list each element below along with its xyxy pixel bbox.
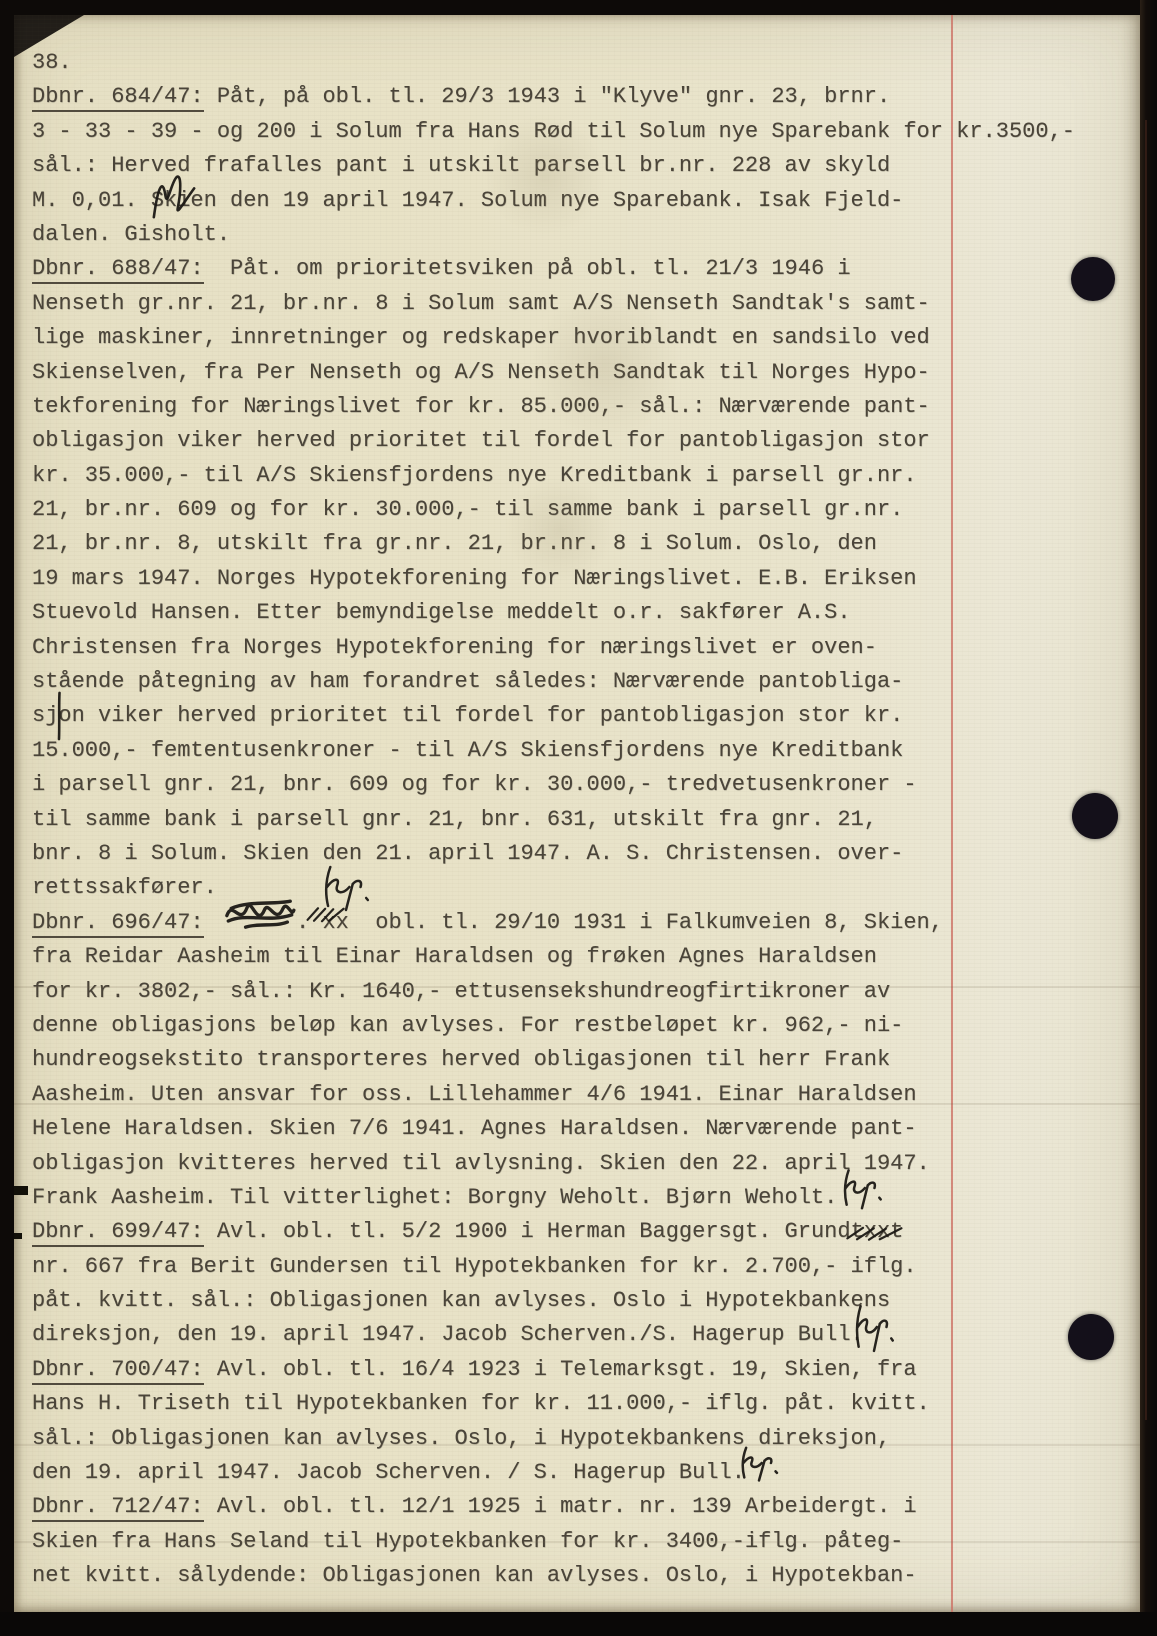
line-text: den 19. april 1947. Jacob Scherven. / S.… (32, 1460, 745, 1485)
text-line: den 19. april 1947. Jacob Scherven. / S.… (32, 1456, 1075, 1490)
text-line: bnr. 8 i Solum. Skien den 21. april 1947… (32, 837, 1075, 871)
line-text: Hans H. Triseth til Hypotekbanken for kr… (32, 1391, 930, 1416)
edge-mark (14, 1233, 22, 1239)
text-line: 19 mars 1947. Norges Hypotekforening for… (32, 562, 1075, 596)
text-line: lige maskiner, innretninger og redskaper… (32, 321, 1075, 355)
line-text: sjon viker herved prioritet til fordel f… (32, 703, 903, 728)
text-line: obligasjon kvitteres herved til avlysnin… (32, 1147, 1075, 1181)
text-line: Christensen fra Norges Hypotekforening f… (32, 631, 1075, 665)
line-text: 15.000,- femtentusenkroner - til A/S Ski… (32, 738, 903, 763)
line-text: Avl. obl. tl. 16/4 1923 i Telemarksgt. 1… (204, 1357, 917, 1382)
line-text: stående påtegning av ham forandret såled… (32, 669, 903, 694)
text-line: fra Reidar Aasheim til Einar Haraldsen o… (32, 940, 1075, 974)
entry-number: Dbnr. 700/47: (32, 1357, 204, 1385)
handwritten-mark-strikeout-grundtaxt (845, 1223, 905, 1245)
text-line: stående påtegning av ham forandret såled… (32, 665, 1075, 699)
line-text: tekforening for Næringslivet for kr. 85.… (32, 394, 930, 419)
line-text: Aasheim. Uten ansvar for oss. Lillehamme… (32, 1082, 917, 1107)
line-text: Skienselven, fra Per Nenseth og A/S Nens… (32, 360, 930, 385)
text-line: til samme bank i parsell gnr. 21, bnr. 6… (32, 803, 1075, 837)
text-line: i parsell gnr. 21, bnr. 609 og for kr. 3… (32, 768, 1075, 802)
entry-number: Dbnr. 699/47: (32, 1219, 204, 1247)
text-line: nr. 667 fra Berit Gundersen til Hypotekb… (32, 1250, 1075, 1284)
line-text: Christensen fra Norges Hypotekforening f… (32, 635, 877, 660)
line-text: Avl. obl. tl. 5/2 1900 i Herman Baggersg… (204, 1219, 904, 1244)
text-line: 21, br.nr. 8, utskilt fra gr.nr. 21, br.… (32, 527, 1075, 561)
entry-number: Dbnr. 696/47: (32, 910, 204, 938)
line-text: fra Reidar Aasheim til Einar Haraldsen o… (32, 944, 877, 969)
line-text: 38. (32, 50, 72, 75)
text-line: 3 - 33 - 39 - og 200 i Solum fra Hans Rø… (32, 115, 1075, 149)
line-text: rettssakfører. (32, 875, 217, 900)
line-text: Stuevold Hansen. Etter bemyndigelse medd… (32, 600, 851, 625)
line-text: direksjon, den 19. april 1947. Jacob Sch… (32, 1322, 864, 1347)
text-line: for kr. 3802,- sål.: Kr. 1640,- ettusens… (32, 975, 1075, 1009)
handwritten-mark-handwritten-word-over-typed (224, 894, 296, 930)
line-text: Nenseth gr.nr. 21, br.nr. 8 i Solum samt… (32, 291, 930, 316)
text-line: rettssakfører. (32, 871, 1075, 905)
text-line: 21, br.nr. 609 og for kr. 30.000,- til s… (32, 493, 1075, 527)
line-text: obligasjon viker herved prioritet til fo… (32, 428, 930, 453)
entry-line: Dbnr. 700/47: Avl. obl. tl. 16/4 1923 i … (32, 1353, 1075, 1387)
text-line: Hans H. Triseth til Hypotekbanken for kr… (32, 1387, 1075, 1421)
punch-hole (1068, 1314, 1114, 1360)
line-text: kr. 35.000,- til A/S Skiensfjordens nye … (32, 463, 917, 488)
handwritten-mark-ink-correction-over-skien (150, 174, 198, 222)
line-text: Avl. obl. tl. 12/1 1925 i matr. nr. 139 … (204, 1494, 917, 1519)
scan-edge-right (1140, 0, 1157, 1636)
text-line: sål.: Obligasjonen kan avlyses. Oslo, i … (32, 1422, 1075, 1456)
scanned-document-page: 38.Dbnr. 684/47: Påt, på obl. tl. 29/3 1… (0, 0, 1157, 1636)
line-text: Frank Aasheim. Til vitterlighet: Borgny … (32, 1185, 837, 1210)
line-text: lige maskiner, innretninger og redskaper… (32, 325, 930, 350)
entry-number: Dbnr. 684/47: (32, 84, 204, 112)
line-text: Påt. om prioritetsviken på obl. tl. 21/3… (204, 256, 851, 281)
text-line: 15.000,- femtentusenkroner - til A/S Ski… (32, 734, 1075, 768)
line-text: Skien fra Hans Seland til Hypotekbanken … (32, 1529, 903, 1554)
line-text: for kr. 3802,- sål.: Kr. 1640,- ettusens… (32, 979, 890, 1004)
punch-hole (1071, 257, 1115, 301)
scan-edge-bottom (0, 1612, 1157, 1636)
line-text: denne obligasjons beløp kan avlyses. For… (32, 1013, 903, 1038)
handwritten-mark-initials-kfr-after-bull-699 (850, 1301, 898, 1353)
text-line: Aasheim. Uten ansvar for oss. Lillehamme… (32, 1078, 1075, 1112)
text-line: 38. (32, 46, 1075, 80)
text-line: net kvitt. sålydende: Obligasjonen kan a… (32, 1559, 1075, 1593)
line-text: hundreogsekstito transporteres herved ob… (32, 1047, 890, 1072)
line-text: net kvitt. sålydende: Obligasjonen kan a… (32, 1563, 917, 1588)
line-text: Helene Haraldsen. Skien 7/6 1941. Agnes … (32, 1116, 917, 1141)
line-text: påt. kvitt. sål.: Obligasjonen kan avlys… (32, 1288, 890, 1313)
handwritten-mark-initials-kfr-after-weholt (838, 1166, 886, 1210)
line-text: til samme bank i parsell gnr. 21, bnr. 6… (32, 807, 877, 832)
line-text: i parsell gnr. 21, bnr. 609 og for kr. 3… (32, 772, 917, 797)
handwritten-mark-initials-kfr-after-bull-700 (736, 1444, 782, 1482)
text-line: Nenseth gr.nr. 21, br.nr. 8 i Solum samt… (32, 287, 1075, 321)
line-text: Påt, på obl. tl. 29/3 1943 i "Klyve" gnr… (204, 84, 891, 109)
entry-line: Dbnr. 696/47: . xx obl. tl. 29/10 1931 i… (32, 906, 1075, 940)
text-line: Skien fra Hans Seland til Hypotekbanken … (32, 1525, 1075, 1559)
line-text: obligasjon kvitteres herved til avlysnin… (32, 1151, 930, 1176)
entry-line: Dbnr. 699/47: Avl. obl. tl. 5/2 1900 i H… (32, 1215, 1075, 1249)
text-line: denne obligasjons beløp kan avlyses. For… (32, 1009, 1075, 1043)
text-line: Helene Haraldsen. Skien 7/6 1941. Agnes … (32, 1112, 1075, 1146)
edge-mark (14, 1186, 28, 1195)
text-line: direksjon, den 19. april 1947. Jacob Sch… (32, 1318, 1075, 1352)
text-line: dalen. Gisholt. (32, 218, 1075, 252)
entry-line: Dbnr. 684/47: Påt, på obl. tl. 29/3 1943… (32, 80, 1075, 114)
line-text: bnr. 8 i Solum. Skien den 21. april 1947… (32, 841, 903, 866)
entry-number: Dbnr. 688/47: (32, 256, 204, 284)
text-line: sjon viker herved prioritet til fordel f… (32, 699, 1075, 733)
line-text: 21, br.nr. 609 og for kr. 30.000,- til s… (32, 497, 903, 522)
text-line: Frank Aasheim. Til vitterlighet: Borgny … (32, 1181, 1075, 1215)
line-text: dalen. Gisholt. (32, 222, 230, 247)
text-line: påt. kvitt. sål.: Obligasjonen kan avlys… (32, 1284, 1075, 1318)
handwritten-mark-strikeout-xx (306, 903, 346, 927)
handwritten-mark-ink-stroke-between-sjon-viker (54, 692, 64, 740)
text-line: Stuevold Hansen. Etter bemyndigelse medd… (32, 596, 1075, 630)
entry-line: Dbnr. 688/47: Påt. om prioritetsviken på… (32, 252, 1075, 286)
text-line: obligasjon viker herved prioritet til fo… (32, 424, 1075, 458)
text-line: kr. 35.000,- til A/S Skiensfjordens nye … (32, 459, 1075, 493)
entry-number: Dbnr. 712/47: (32, 1494, 204, 1522)
line-text: 19 mars 1947. Norges Hypotekforening for… (32, 566, 917, 591)
line-text: 21, br.nr. 8, utskilt fra gr.nr. 21, br.… (32, 531, 877, 556)
entry-line: Dbnr. 712/47: Avl. obl. tl. 12/1 1925 i … (32, 1490, 1075, 1524)
line-text: nr. 667 fra Berit Gundersen til Hypotekb… (32, 1254, 917, 1279)
text-line: Skienselven, fra Per Nenseth og A/S Nens… (32, 356, 1075, 390)
text-line: tekforening for Næringslivet for kr. 85.… (32, 390, 1075, 424)
line-text: 3 - 33 - 39 - og 200 i Solum fra Hans Rø… (32, 119, 1075, 144)
punch-hole (1072, 793, 1118, 839)
text-layer: 38.Dbnr. 684/47: Påt, på obl. tl. 29/3 1… (32, 46, 1075, 1594)
text-line: hundreogsekstito transporteres herved ob… (32, 1043, 1075, 1077)
